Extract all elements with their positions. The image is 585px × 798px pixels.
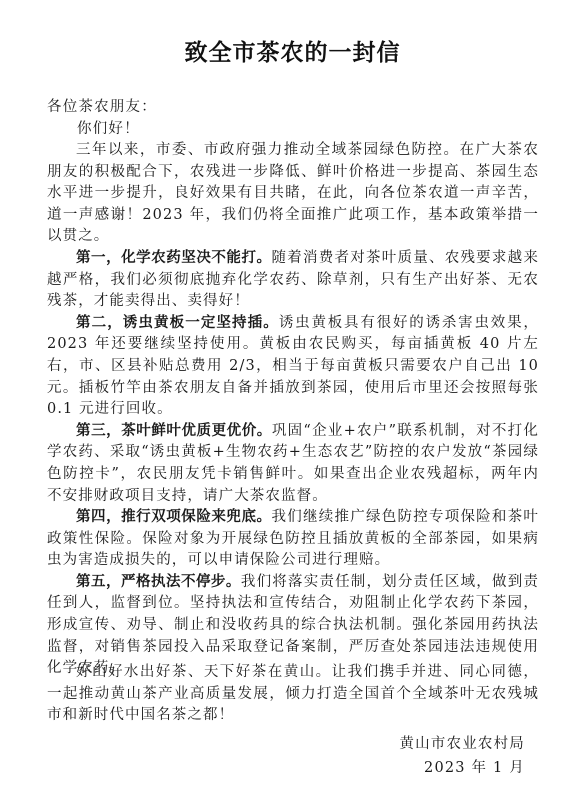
letter-title: 致全市茶农的一封信 <box>0 34 585 67</box>
salutation: 各位茶农朋友： <box>47 97 157 119</box>
point-heading-1: 第一，化学农药坚决不能打。 <box>76 250 272 266</box>
closing-section: 好山好水出好茶、天下好茶在黄山。让我们携手并进、同心同德，一起推动黄山茶产业高质… <box>47 662 539 727</box>
greeting: 你们好！ <box>77 119 140 141</box>
point-paragraph-2: 第二，诱虫黄板一定坚持插。诱虫黄板具有很好的诱杀害虫效果，2023 年还要继续坚… <box>47 313 539 421</box>
letter-body: 三年以来，市委、市政府强力推动全域茶园绿色防控。在广大茶农朋友的积极配合下，农残… <box>47 140 539 680</box>
intro-paragraph: 三年以来，市委、市政府强力推动全域茶园绿色防控。在广大茶农朋友的积极配合下，农残… <box>47 140 539 248</box>
point-heading-2: 第二，诱虫黄板一定坚持插。 <box>76 315 279 331</box>
signature-organization: 黄山市农业农村局 <box>399 732 525 756</box>
point-heading-3: 第三，茶叶鲜叶优质更优价。 <box>76 423 272 439</box>
signature-block: 黄山市农业农村局 2023 年 1 月 <box>399 732 525 780</box>
point-heading-5: 第五，严格执法不停步。 <box>76 574 241 590</box>
signature-date: 2023 年 1 月 <box>399 756 525 780</box>
point-paragraph-3: 第三，茶叶鲜叶优质更优价。巩固“企业+农户”联系机制，对不打化学农药、采取“诱虫… <box>47 421 539 507</box>
point-paragraph-1: 第一，化学农药坚决不能打。随着消费者对茶叶质量、农残要求越来越严格，我们必须彻底… <box>47 248 539 313</box>
closing-paragraph: 好山好水出好茶、天下好茶在黄山。让我们携手并进、同心同德，一起推动黄山茶产业高质… <box>47 662 539 727</box>
point-heading-4: 第四，推行双项保险来兜底。 <box>76 509 272 525</box>
point-paragraph-4: 第四，推行双项保险来兜底。我们继续推广绿色防控专项保险和茶叶政策性保险。保险对象… <box>47 507 539 572</box>
